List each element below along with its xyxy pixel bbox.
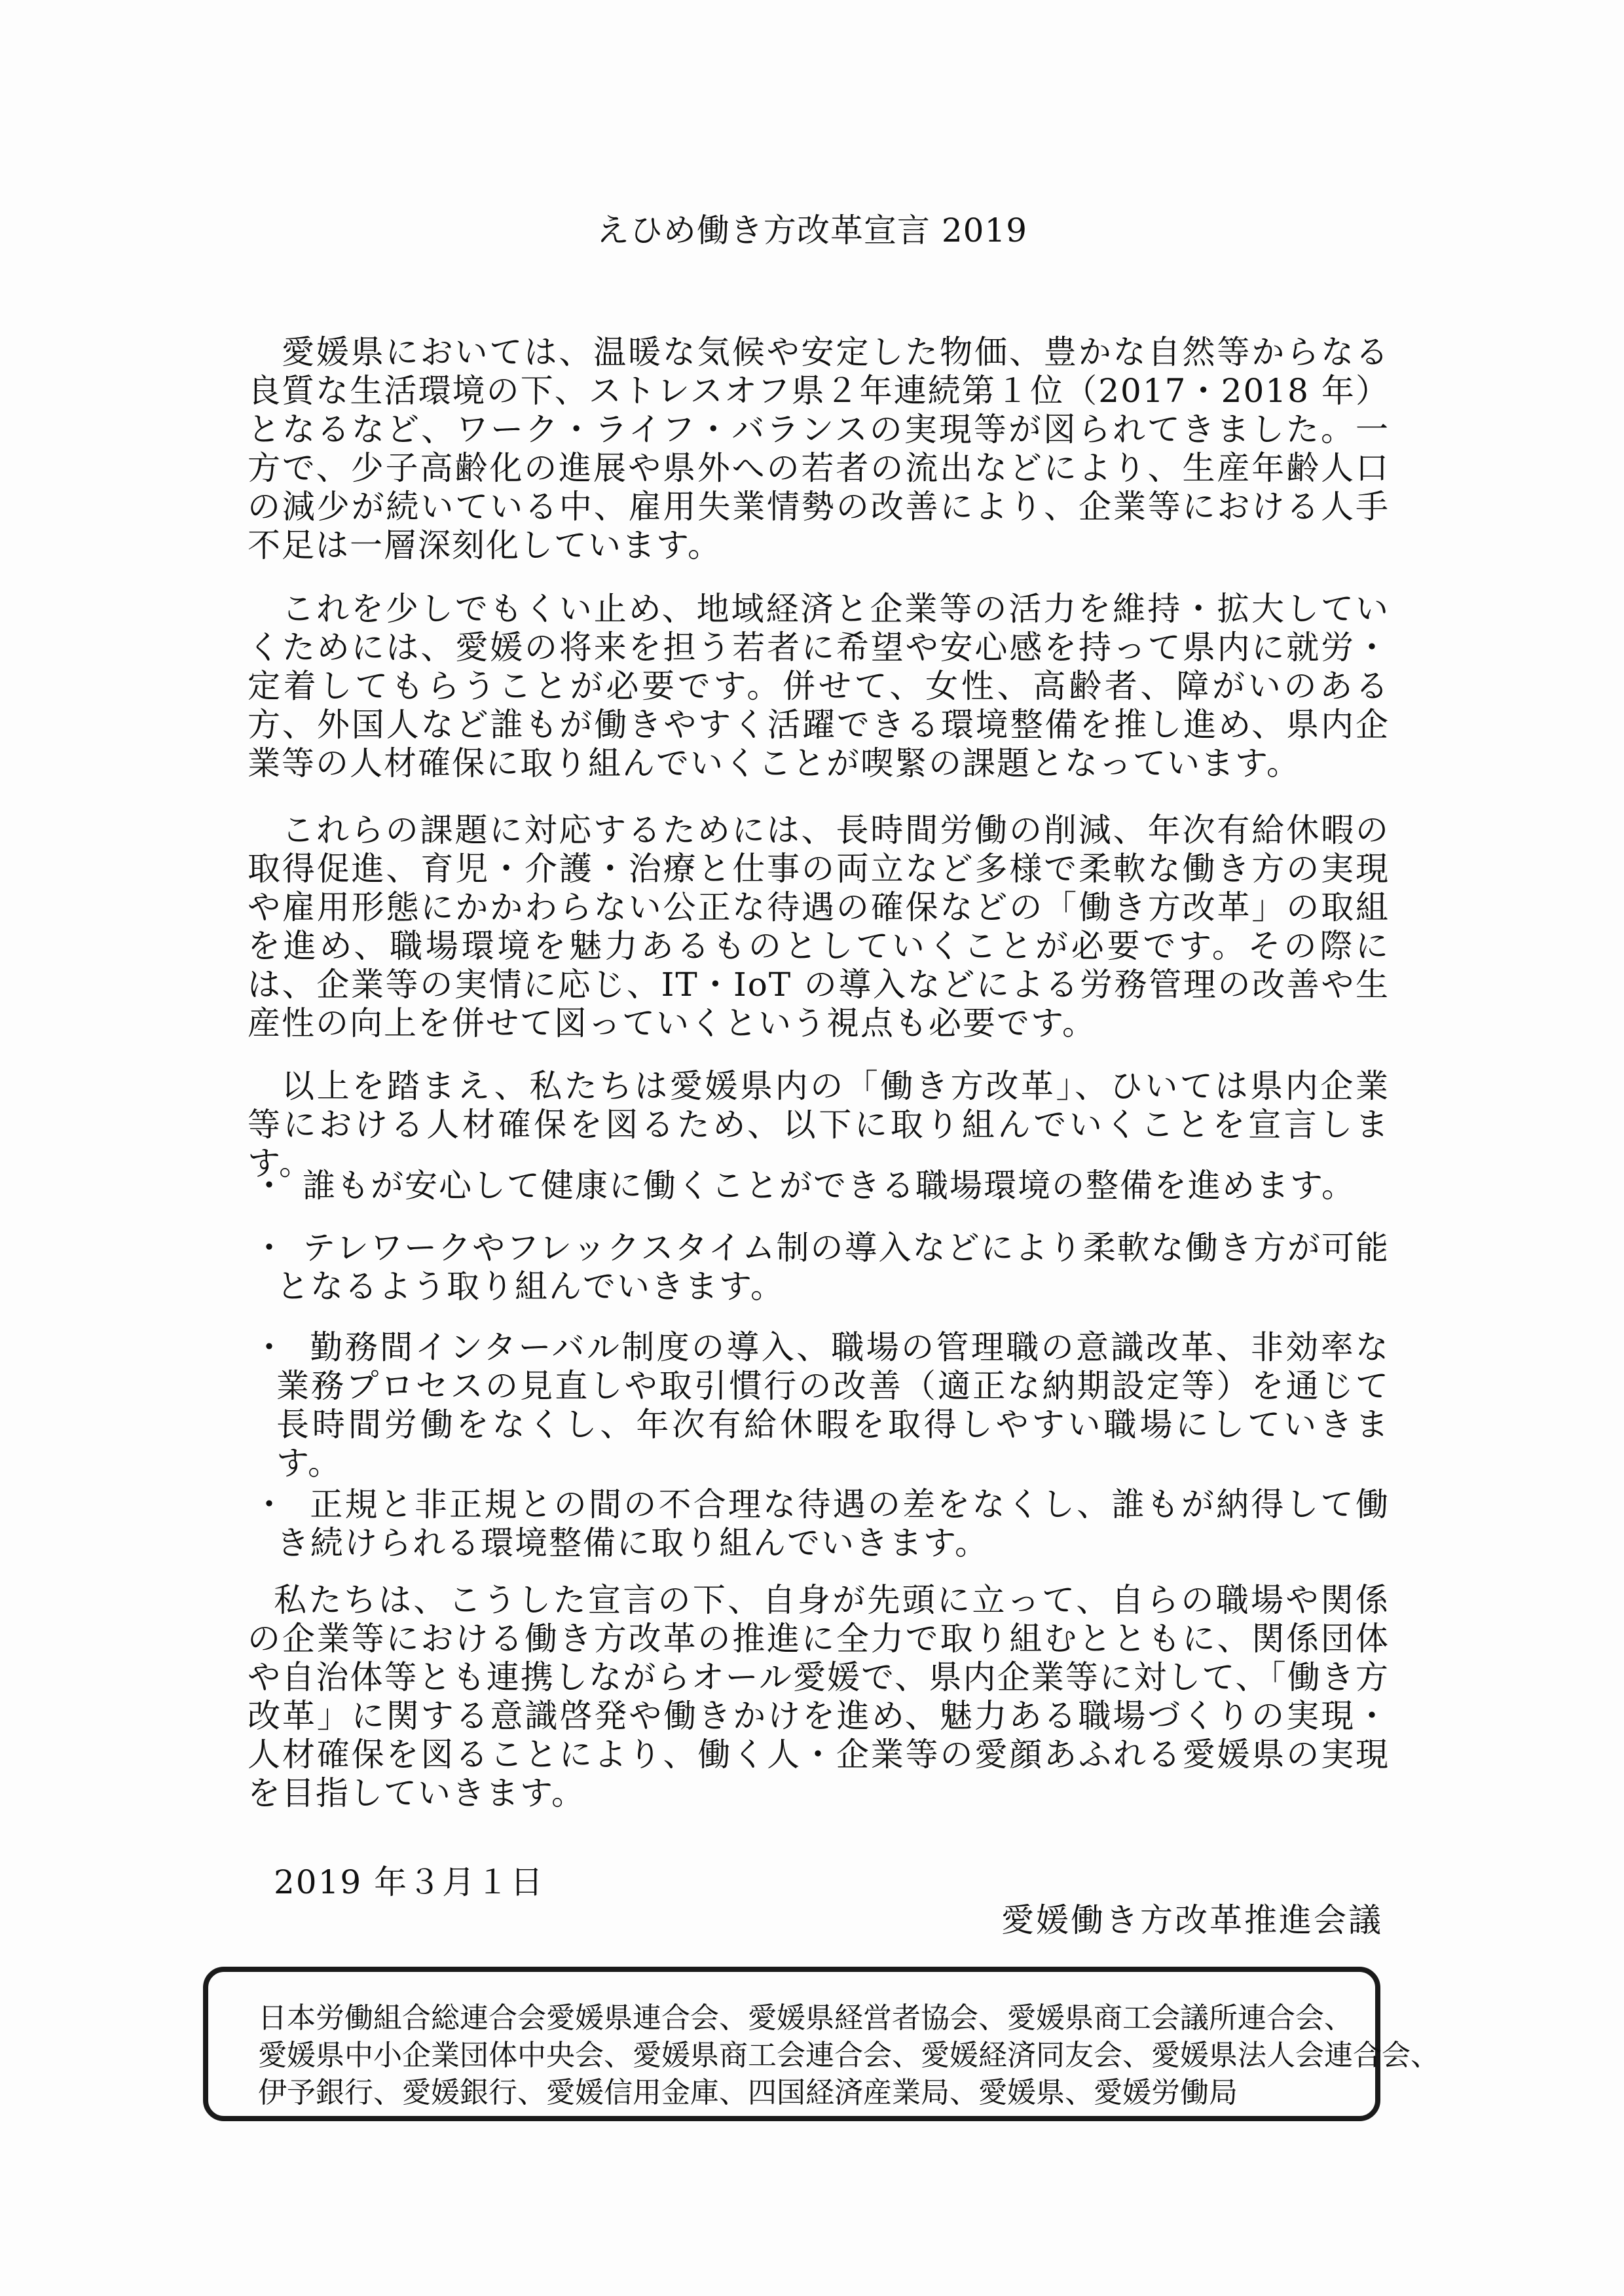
signatory-organization: 愛媛働き方改革推進会議: [1001, 1901, 1383, 1940]
member-line-2: 愛媛県中小企業団体中央会、愛媛県商工会連合会、愛媛経済同友会、愛媛県法人会連合会…: [258, 2037, 1349, 2074]
bullet-dot-icon: ・: [253, 1167, 279, 1205]
paragraph-text: 私たちは、こうした宣言の下、自身が先頭に立って、自らの職場や関係の企業等における…: [248, 1581, 1390, 1813]
paragraph-text: 愛媛県においては、温暖な気候や安定した物価、豊かな自然等からなる良質な生活環境の…: [248, 333, 1390, 565]
document-title: えひめ働き方改革宣言 2019: [0, 211, 1624, 250]
paragraph-2: これを少しでもくい止め、地域経済と企業等の活力を維持・拡大していくためには、愛媛…: [248, 590, 1390, 783]
member-line-3: 伊予銀行、愛媛銀行、愛媛信用金庫、四国経済産業局、愛媛県、愛媛労働局: [258, 2074, 1349, 2111]
bullet-dot-icon: ・: [253, 1229, 279, 1267]
paragraph-text: これを少しでもくい止め、地域経済と企業等の活力を維持・拡大していくためには、愛媛…: [248, 590, 1390, 783]
bullet-item-1: ・ 誰もが安心して健康に働くことができる職場環境の整備を進めます。: [248, 1167, 1390, 1205]
closing-paragraph: 私たちは、こうした宣言の下、自身が先頭に立って、自らの職場や関係の企業等における…: [248, 1581, 1390, 1813]
bullet-dot-icon: ・: [253, 1485, 279, 1524]
paragraph-text: これらの課題に対応するためには、長時間労働の削減、年次有給休暇の取得促進、育児・…: [248, 811, 1390, 1043]
bullet-item-3: ・ 勤務間インターバル制度の導入、職場の管理職の意識改革、非効率な業務プロセスの…: [248, 1328, 1390, 1483]
paragraph-text: 以上を踏まえ、私たちは愛媛県内の「働き方改革」、ひいては県内企業等における人材確…: [248, 1067, 1390, 1183]
paragraph-3: これらの課題に対応するためには、長時間労働の削減、年次有給休暇の取得促進、育児・…: [248, 811, 1390, 1043]
bullet-text: 勤務間インターバル制度の導入、職場の管理職の意識改革、非効率な業務プロセスの見直…: [276, 1328, 1390, 1482]
declaration-date: 2019 年３月１日: [274, 1863, 544, 1902]
member-organizations-box: 日本労働組合総連合会愛媛県連合会、愛媛県経営者協会、愛媛県商工会議所連合会、 愛…: [203, 1967, 1380, 2121]
bullet-text: 正規と非正規との間の不合理な待遇の差をなくし、誰もが納得して働き続けられる環境整…: [276, 1485, 1390, 1562]
bullet-item-2: ・ テレワークやフレックスタイム制の導入などにより柔軟な働き方が可能となるよう取…: [248, 1229, 1390, 1306]
bullet-dot-icon: ・: [253, 1328, 279, 1367]
paragraph-4: 以上を踏まえ、私たちは愛媛県内の「働き方改革」、ひいては県内企業等における人材確…: [248, 1067, 1390, 1183]
bullet-text: 誰もが安心して健康に働くことができる職場環境の整備を進めます。: [303, 1167, 1356, 1205]
bullet-item-4: ・ 正規と非正規との間の不合理な待遇の差をなくし、誰もが納得して働き続けられる環…: [248, 1485, 1390, 1563]
paragraph-1: 愛媛県においては、温暖な気候や安定した物価、豊かな自然等からなる良質な生活環境の…: [248, 333, 1390, 565]
bullet-text: テレワークやフレックスタイム制の導入などにより柔軟な働き方が可能となるよう取り組…: [276, 1229, 1390, 1305]
member-line-1: 日本労働組合総連合会愛媛県連合会、愛媛県経営者協会、愛媛県商工会議所連合会、: [258, 1999, 1349, 2037]
document-page: えひめ働き方改革宣言 2019 愛媛県においては、温暖な気候や安定した物価、豊か…: [0, 0, 1624, 2296]
